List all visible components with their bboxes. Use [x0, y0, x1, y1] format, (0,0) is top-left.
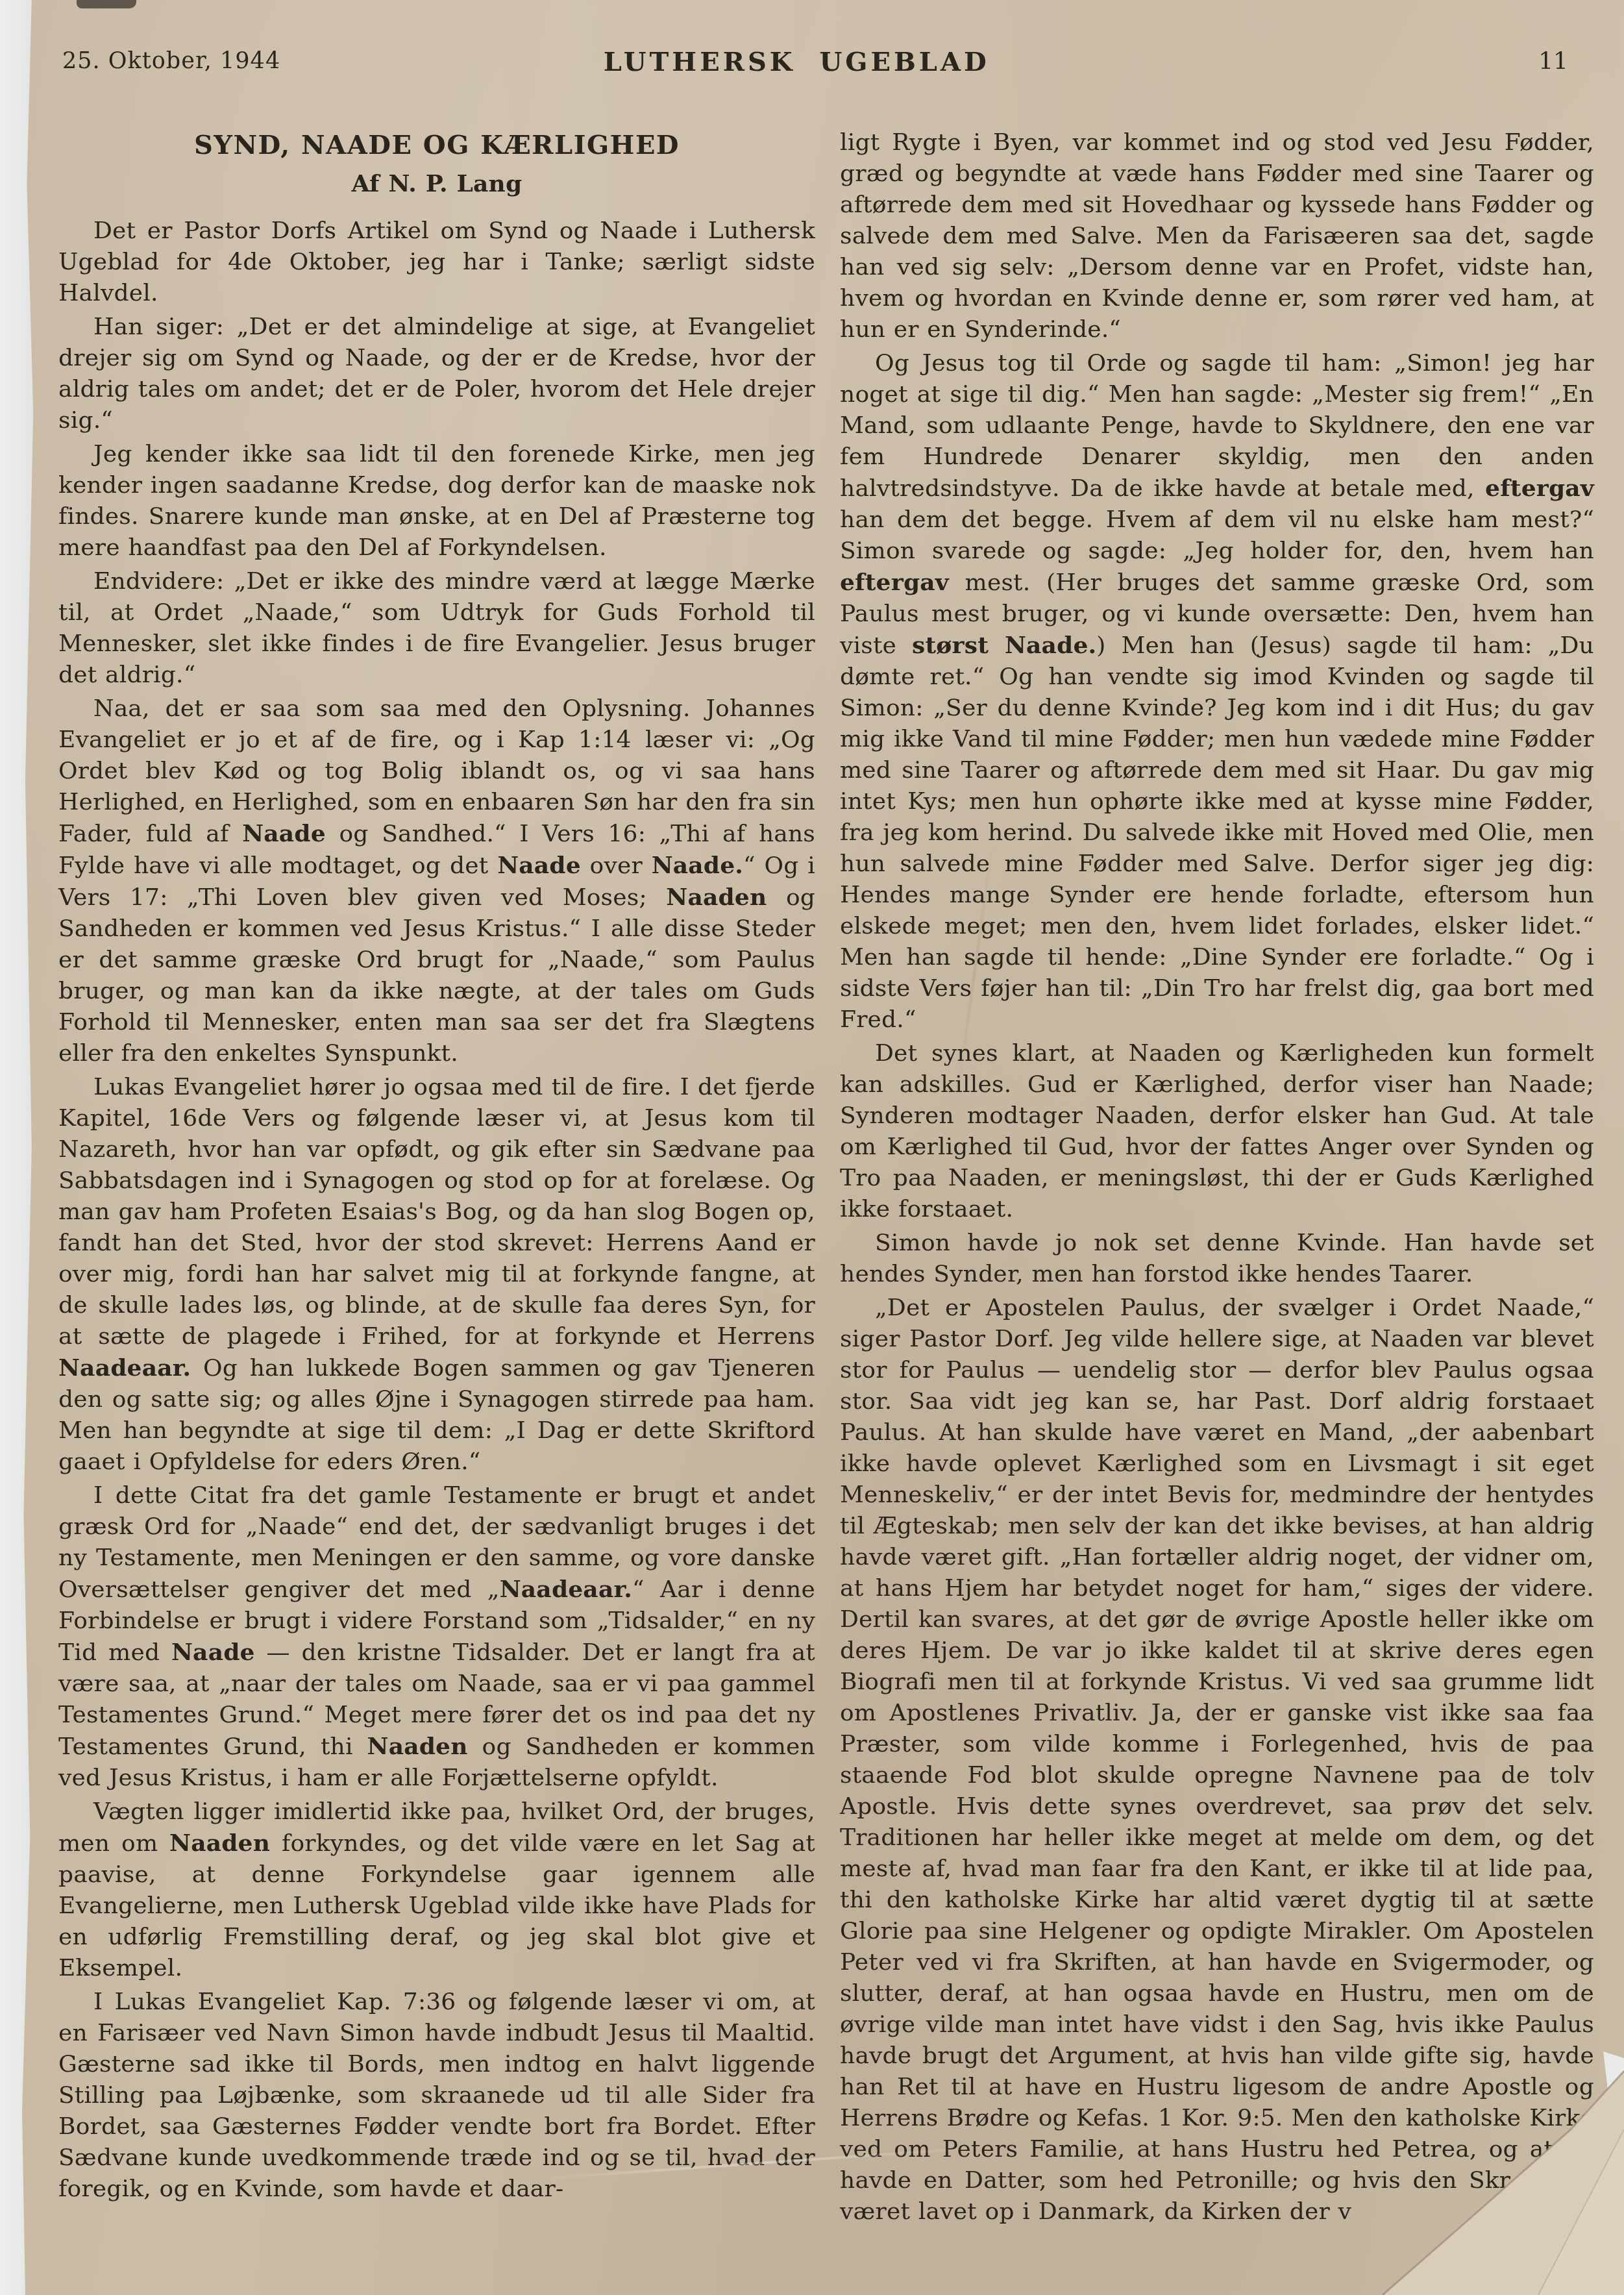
emphasized-word: Naade.: [652, 852, 743, 879]
paragraph-text: Det er Pastor Dorfs Artikel om Synd og N…: [58, 217, 815, 306]
article-paragraph: Det er Pastor Dorfs Artikel om Synd og N…: [58, 216, 815, 309]
emphasized-word: Naade: [171, 1639, 255, 1666]
article-paragraph: Simon havde jo nok set denne Kvinde. Han…: [840, 1228, 1594, 1290]
emphasized-word: Naadeaar.: [500, 1576, 632, 1603]
article-paragraph: I dette Citat fra det gamle Testamente e…: [58, 1480, 815, 1794]
paragraph-text: Det synes klart, at Naaden og Kærlighede…: [840, 1040, 1594, 1222]
article-paragraph: Han siger: „Det er det almindelige at si…: [58, 312, 815, 436]
emphasized-word: Naade: [497, 852, 581, 879]
paragraph-text: Han siger: „Det er det almindelige at si…: [58, 314, 815, 434]
article-paragraph: Lukas Evangeliet hører jo ogsaa med til …: [58, 1072, 815, 1478]
article-byline: Af N. P. Lang: [58, 169, 815, 199]
emphasized-word: eftergav: [840, 569, 949, 596]
emphasized-word: Naadeaar.: [58, 1354, 191, 1382]
article-column-right: ligt Rygte i Byen, var kommet ind og sto…: [840, 127, 1594, 2230]
article-paragraph: ligt Rygte i Byen, var kommet ind og sto…: [840, 127, 1594, 345]
scanned-newspaper-page: { "page": { "paper_color": "#c9baa4", "i…: [0, 0, 1624, 2295]
emphasized-word: størst Naade.: [912, 632, 1096, 659]
masthead-title: LUTHERSK UGEBLAD: [604, 47, 990, 77]
article-title: SYND, NAADE OG KÆRLIGHED: [58, 129, 815, 162]
emphasized-word: Naaden: [169, 1830, 270, 1857]
paragraph-text: og Sandheden er kommen ved Jesus Kristus…: [58, 884, 815, 1067]
paragraph-text: Jeg kender ikke saa lidt til den forened…: [58, 441, 815, 561]
emphasized-word: Naaden: [666, 884, 767, 911]
emphasized-word: eftergav: [1485, 475, 1594, 502]
article-paragraph: Og Jesus tog til Orde og sagde til ham: …: [840, 348, 1594, 1036]
article-column-left: SYND, NAADE OG KÆRLIGHED Af N. P. Lang D…: [58, 129, 815, 2207]
paragraph-text: Simon havde jo nok set denne Kvinde. Han…: [840, 1230, 1594, 1287]
paragraph-text: han dem det begge. Hvem af dem vil nu el…: [840, 506, 1594, 564]
article-paragraph: Det synes klart, at Naaden og Kærlighede…: [840, 1038, 1594, 1225]
paragraph-text: ) Men han (Jesus) sagde til ham: „Du døm…: [840, 632, 1594, 1033]
article-paragraph: Endvidere: „Det er ikke des mindre værd …: [58, 566, 815, 691]
article-body-right: ligt Rygte i Byen, var kommet ind og sto…: [840, 127, 1594, 2227]
paragraph-text: Endvidere: „Det er ikke des mindre værd …: [58, 568, 815, 688]
paragraph-text: Lukas Evangeliet hører jo ogsaa med til …: [58, 1074, 815, 1350]
torn-corner-graphic: [1266, 2032, 1624, 2295]
paragraph-text: I Lukas Evangeliet Kap. 7:36 og følgende…: [58, 1989, 815, 2202]
page-header: 25. Oktober, 1944 LUTHERSK UGEBLAD 11: [0, 48, 1624, 87]
article-paragraph: Vægten ligger imidlertid ikke paa, hvilk…: [58, 1796, 815, 1984]
page-number: 11: [1538, 48, 1568, 75]
paragraph-text: Og Jesus tog til Orde og sagde til ham: …: [840, 350, 1594, 502]
article-paragraph: I Lukas Evangeliet Kap. 7:36 og følgende…: [58, 1987, 815, 2205]
paragraph-text: ligt Rygte i Byen, var kommet ind og sto…: [840, 129, 1594, 343]
article-paragraph: Jeg kender ikke saa lidt til den forened…: [58, 439, 815, 564]
ink-smudge-top-edge: [77, 0, 136, 8]
article-paragraph: Naa, det er saa som saa med den Oplysnin…: [58, 693, 815, 1069]
torn-corner-flap: [1266, 2032, 1624, 2295]
article-body-left: Det er Pastor Dorfs Artikel om Synd og N…: [58, 216, 815, 2205]
emphasized-word: Naade: [242, 820, 326, 847]
emphasized-word: Naaden: [367, 1733, 468, 1760]
paragraph-text: over: [581, 852, 652, 879]
issue-date: 25. Oktober, 1944: [62, 48, 280, 74]
